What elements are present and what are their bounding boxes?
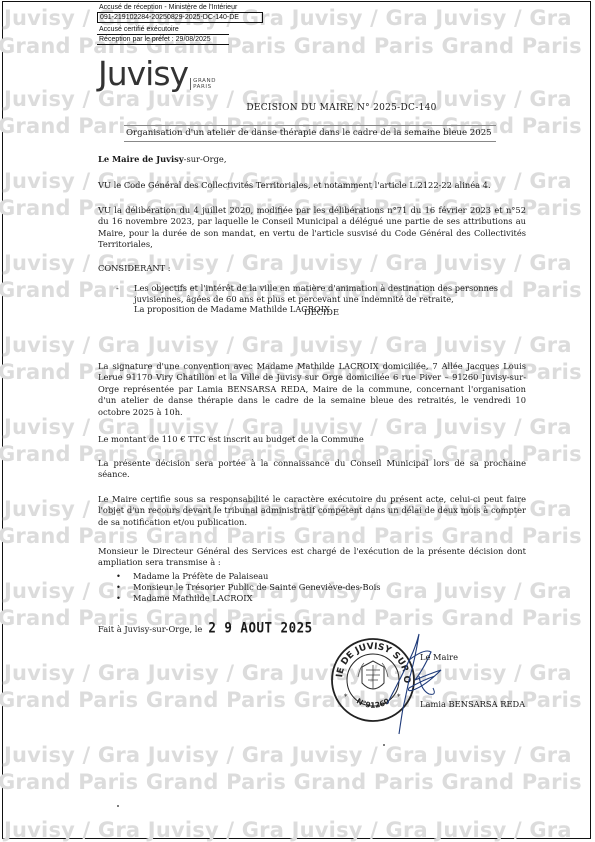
recipient-item: •Monsieur le Trésorier Public de Sainte … bbox=[116, 582, 381, 593]
recipient-text: Madame la Préfète de Palaiseau bbox=[133, 571, 268, 581]
recipient-item: •Madame Mathilde LACROIX bbox=[116, 593, 381, 604]
receipt-line: Accusé certifié exécutoire bbox=[97, 25, 263, 34]
date-stamp: 2 9 AOUT 2025 bbox=[208, 619, 312, 636]
receipt-stamp: Accusé de réception - Ministère de l'Int… bbox=[97, 3, 263, 47]
done-at-text: Fait à Juvisy-sur-Orge, le bbox=[98, 624, 202, 634]
considerant-text: Les objectifs et l'intérêt de la ville e… bbox=[134, 283, 498, 304]
decision-article-2: Le montant de 110 € TTC est inscrit au b… bbox=[98, 434, 526, 445]
vu-clause-1: VU le Code Général des Collectivités Ter… bbox=[98, 180, 526, 191]
decide-label: DECIDE bbox=[0, 307, 595, 317]
logo-sub-line: PARIS bbox=[193, 84, 212, 90]
dash-marker: - bbox=[116, 283, 119, 294]
considerant-item: - Les objectifs et l'intérêt de la ville… bbox=[116, 283, 526, 304]
document-title: DECISION DU MAIRE N° 2025-DC-140 bbox=[0, 103, 595, 113]
done-at-line: Fait à Juvisy-sur-Orge, le 2 9 AOUT 2025 bbox=[98, 620, 313, 635]
recipient-text: Madame Mathilde LACROIX bbox=[133, 593, 252, 603]
signer-title: Le Maire bbox=[420, 652, 458, 662]
mayor-intro: Le Maire de Juvisy-sur-Orge, bbox=[98, 154, 526, 165]
mayor-intro-bold: Le Maire de Juvisy bbox=[98, 154, 184, 164]
bullet-icon: • bbox=[116, 582, 121, 593]
signer-name: Lamia BENSARSA REDA bbox=[420, 699, 525, 709]
receipt-date: Réception par le préfet : 29/08/2025 bbox=[97, 34, 229, 45]
recipient-item: •Madame la Préfète de Palaiseau bbox=[116, 571, 381, 582]
scan-mark bbox=[383, 744, 385, 746]
recipient-text: Monsieur le Trésorier Public de Sainte G… bbox=[133, 582, 381, 592]
mayor-intro-rest: -sur-Orge, bbox=[184, 154, 227, 164]
considerant-label: CONSIDERANT : bbox=[98, 263, 526, 274]
decision-article-3: La présente décision sera portée à la co… bbox=[98, 458, 526, 481]
decision-article-4: Le Maire certifie sous sa responsabilité… bbox=[98, 494, 526, 528]
bullet-icon: • bbox=[116, 593, 121, 604]
logo-wordmark: Juvisy bbox=[98, 56, 188, 92]
decision-article-1: La signature d'une convention avec Madam… bbox=[98, 361, 526, 418]
signature-icon bbox=[385, 630, 455, 735]
bullet-icon: • bbox=[116, 571, 121, 582]
receipt-id: 091-219102284-20250829-2025-DC-140-DE bbox=[97, 12, 263, 23]
receipt-line: Accusé de réception - Ministère de l'Int… bbox=[97, 3, 263, 12]
svg-text:*: * bbox=[344, 693, 348, 701]
juvisy-logo: Juvisy GRAND PARIS bbox=[98, 56, 216, 92]
decision-article-5: Monsieur le Directeur Général des Servic… bbox=[98, 546, 526, 569]
document-subject: Organisation d'un atelier de danse théra… bbox=[124, 125, 496, 142]
scan-mark bbox=[117, 805, 119, 807]
logo-subtitle: GRAND PARIS bbox=[190, 78, 216, 90]
recipients-list: •Madame la Préfète de Palaiseau •Monsieu… bbox=[116, 571, 381, 605]
vu-clause-2: VU la délibération du 4 juillet 2020, mo… bbox=[98, 205, 526, 251]
